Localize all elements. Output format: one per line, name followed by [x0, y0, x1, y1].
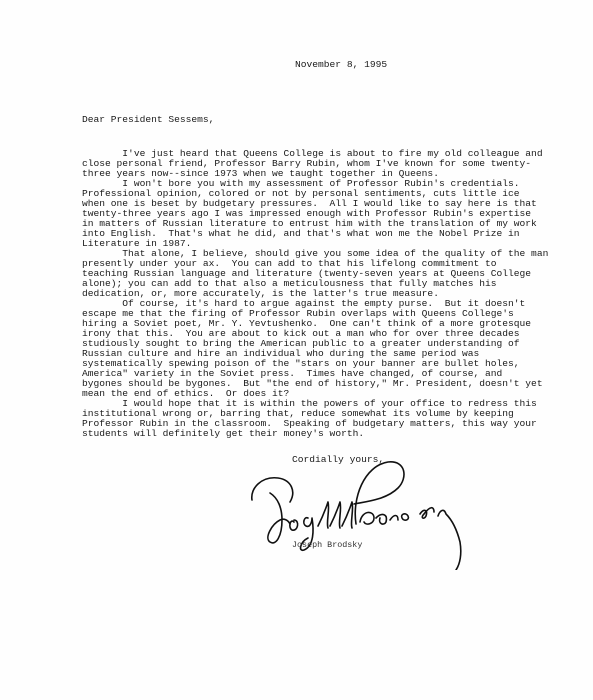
letter-body: I've just heard that Queens College is a…	[82, 149, 542, 439]
body-line: students will definitely get their money…	[82, 429, 542, 439]
signer-name: Joseph Brodsky	[292, 540, 362, 550]
letter-date: November 8, 1995	[295, 60, 387, 70]
signature-icon	[248, 458, 478, 570]
salutation: Dear President Sessems,	[82, 115, 214, 125]
letter-page: November 8, 1995 Dear President Sessems,…	[0, 0, 593, 700]
